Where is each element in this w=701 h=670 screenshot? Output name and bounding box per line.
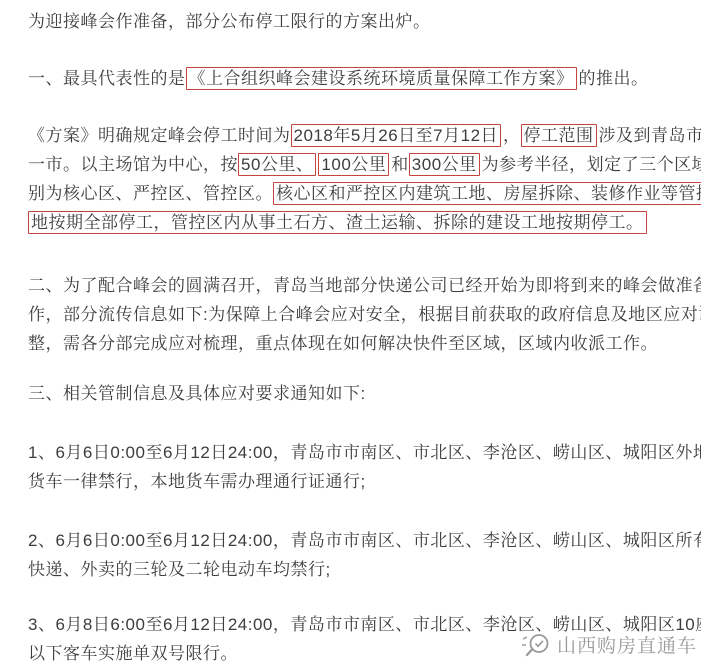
text-segment: 《方案》明确规定峰会停工时间为 — [28, 126, 291, 145]
text-segment: 快递、外卖的三轮及二轮电动车均禁行; — [28, 560, 331, 579]
paragraph-intro: 为迎接峰会作准备，部分公布停工限行的方案出炉。 — [28, 7, 691, 36]
text-segment: 一市。以主场馆为中心，按 — [28, 155, 238, 174]
text-segment: 1、6月6日0:00至6月12日24:00，青岛市市南区、市北区、李沧区、崂山区… — [28, 443, 701, 462]
text-segment: 货车一律禁行，本地货车需办理通行证通行; — [28, 472, 366, 491]
article-body: 为迎接峰会作准备，部分公布停工限行的方案出炉。一、最具代表性的是《上合组织峰会建… — [28, 7, 691, 668]
text-segment: 为迎接峰会作准备，部分公布停工限行的方案出炉。 — [28, 12, 431, 31]
highlighted-text: 核心区和严控区内建筑工地、房屋拆除、装修作业等管控工 — [273, 182, 701, 205]
text-segment: 为参考半径，划定了三个区域，分 — [482, 155, 701, 174]
paragraph-point-1: 一、最具代表性的是《上合组织峰会建设系统环境质量保障工作方案》的推出。 — [28, 64, 691, 93]
text-line: 2、6月6日0:00至6月12日24:00，青岛市市南区、市北区、李沧区、崂山区… — [28, 526, 691, 555]
text-segment: 整，需各分部完成应对梳理，重点体现在如何解决快件至区域，区域内收派工作。 — [28, 334, 658, 353]
text-line: 一市。以主场馆为中心，按50公里、100公里和300公里为参考半径，划定了三个区… — [28, 150, 691, 179]
text-line: 地按期全部停工，管控区内从事土石方、渣土运输、拆除的建设工地按期停工。 — [28, 208, 691, 237]
highlighted-text: 停工范围 — [521, 124, 597, 147]
text-segment: 作，部分流传信息如下:为保障上合峰会应对安全，根据目前获取的政府信息及地区应对调 — [28, 305, 701, 324]
highlighted-text: 2018年5月26日至7月12日 — [291, 124, 502, 147]
text-line: 1、6月6日0:00至6月12日24:00，青岛市市南区、市北区、李沧区、崂山区… — [28, 438, 691, 467]
text-segment: 涉及到青岛市四区 — [599, 126, 701, 145]
text-segment: ， — [503, 126, 521, 145]
text-line: 别为核心区、严控区、管控区。核心区和严控区内建筑工地、房屋拆除、装修作业等管控工 — [28, 179, 691, 208]
text-line: 快递、外卖的三轮及二轮电动车均禁行; — [28, 555, 691, 584]
paragraph-point-2: 二、为了配合峰会的圆满召开，青岛当地部分快递公司已经开始为即将到来的峰会做准备工… — [28, 271, 691, 358]
text-segment: 别为核心区、严控区、管控区。 — [28, 184, 273, 203]
highlighted-text: 100公里 — [318, 153, 389, 176]
paragraph-point-3: 三、相关管制信息及具体应对要求通知如下: — [28, 379, 691, 408]
watermark-text: 山西购房直通车 — [557, 631, 697, 658]
text-segment: 一、最具代表性的是 — [28, 69, 186, 88]
text-line: 《方案》明确规定峰会停工时间为2018年5月26日至7月12日，停工范围涉及到青… — [28, 121, 691, 150]
text-segment: 和 — [391, 155, 409, 174]
magnifier-logo-icon — [520, 631, 554, 658]
highlighted-text: 50公里、 — [238, 153, 316, 176]
paragraph-plan-details: 《方案》明确规定峰会停工时间为2018年5月26日至7月12日，停工范围涉及到青… — [28, 121, 691, 237]
highlighted-text: 《上合组织峰会建设系统环境质量保障工作方案》 — [186, 67, 577, 90]
text-segment: 以下客车实施单双号限行。 — [28, 644, 238, 663]
text-line: 为迎接峰会作准备，部分公布停工限行的方案出炉。 — [28, 7, 691, 36]
text-segment: 的推出。 — [579, 69, 649, 88]
highlighted-text: 300公里 — [409, 153, 480, 176]
paragraph-rule-1: 1、6月6日0:00至6月12日24:00，青岛市市南区、市北区、李沧区、崂山区… — [28, 438, 691, 496]
text-segment: 二、为了配合峰会的圆满召开，青岛当地部分快递公司已经开始为即将到来的峰会做准备工 — [28, 276, 701, 295]
watermark: 山西购房直通车 — [520, 631, 697, 658]
text-segment: 三、相关管制信息及具体应对要求通知如下: — [28, 384, 366, 403]
text-line: 货车一律禁行，本地货车需办理通行证通行; — [28, 467, 691, 496]
text-line: 二、为了配合峰会的圆满召开，青岛当地部分快递公司已经开始为即将到来的峰会做准备工 — [28, 271, 691, 300]
text-line: 三、相关管制信息及具体应对要求通知如下: — [28, 379, 691, 408]
paragraph-rule-2: 2、6月6日0:00至6月12日24:00，青岛市市南区、市北区、李沧区、崂山区… — [28, 526, 691, 584]
text-segment: 2、6月6日0:00至6月12日24:00，青岛市市南区、市北区、李沧区、崂山区… — [28, 531, 701, 550]
text-line: 整，需各分部完成应对梳理，重点体现在如何解决快件至区域，区域内收派工作。 — [28, 329, 691, 358]
text-line: 一、最具代表性的是《上合组织峰会建设系统环境质量保障工作方案》的推出。 — [28, 64, 691, 93]
highlighted-text: 地按期全部停工，管控区内从事土石方、渣土运输、拆除的建设工地按期停工。 — [28, 211, 647, 234]
text-line: 作，部分流传信息如下:为保障上合峰会应对安全，根据目前获取的政府信息及地区应对调 — [28, 300, 691, 329]
